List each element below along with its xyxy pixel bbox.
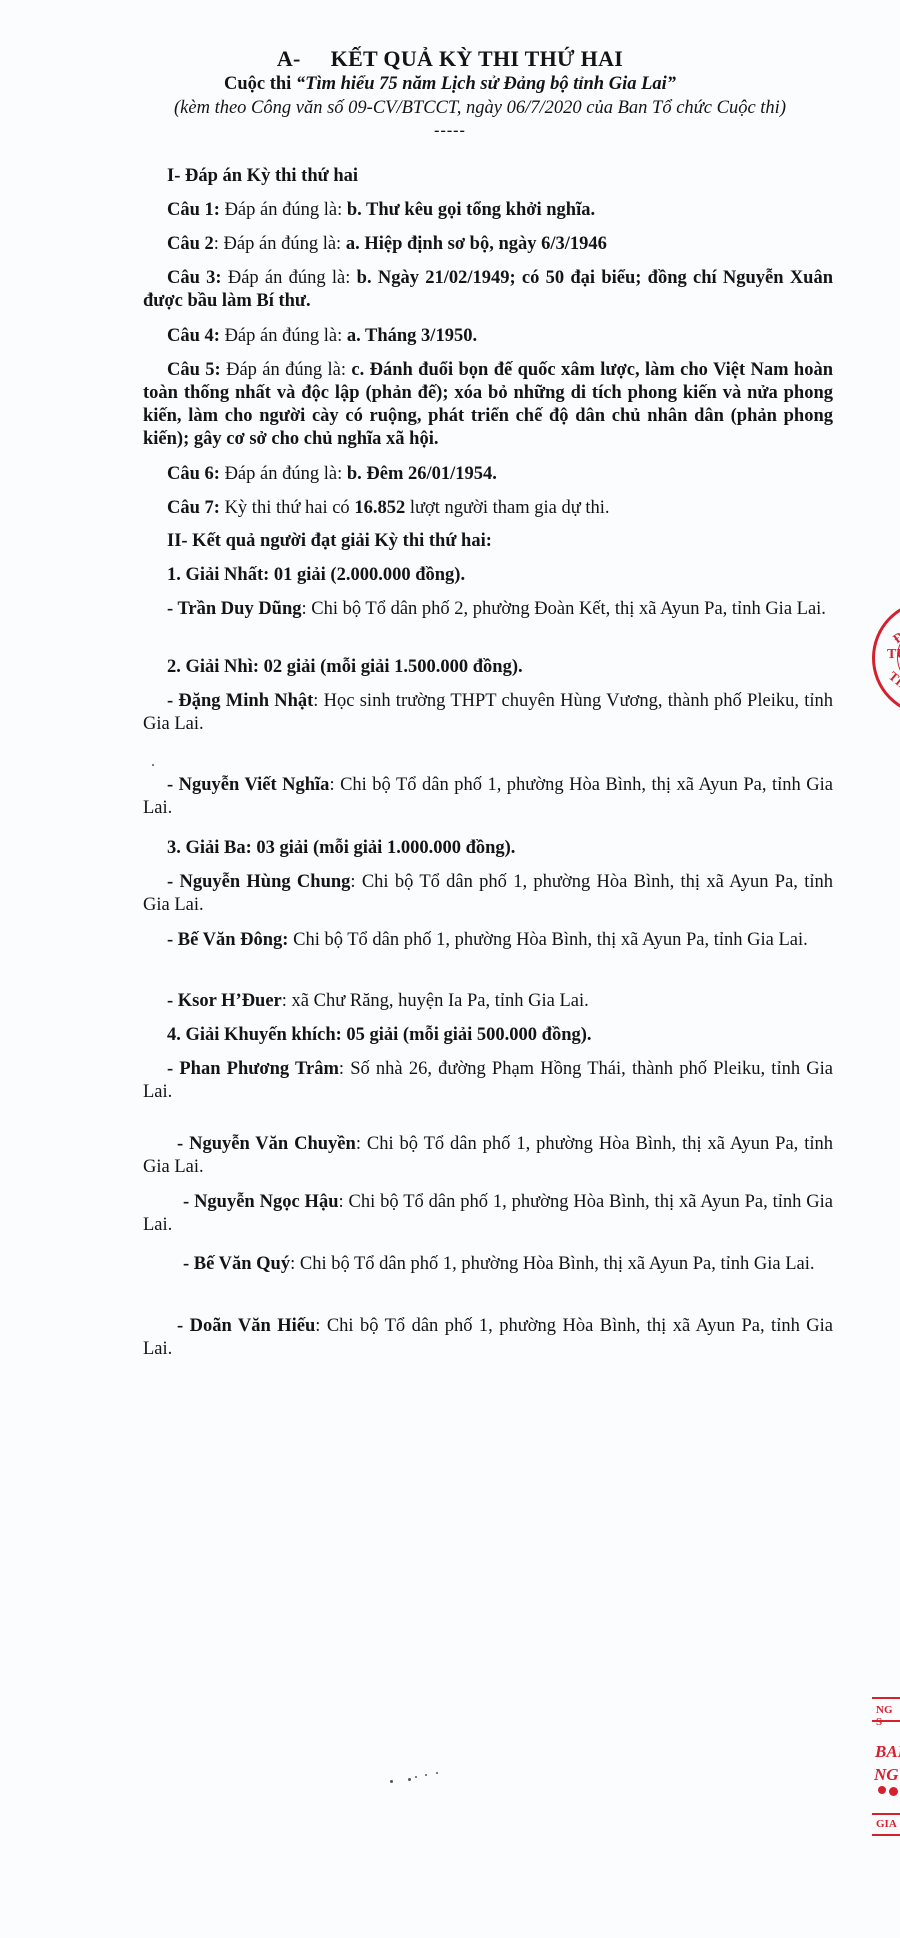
prize-first-title: 1. Giải Nhất: 01 giải (2.000.000 đồng). bbox=[143, 564, 833, 587]
winner-entry: - Đặng Minh Nhật: Học sinh trường THPT c… bbox=[143, 690, 833, 736]
prize-third-title: 3. Giải Ba: 03 giải (mỗi giải 1.000.000 … bbox=[143, 837, 833, 860]
winner-entry: - Nguyễn Hùng Chung: Chi bộ Tổ dân phố 1… bbox=[143, 871, 833, 917]
separator: ----- bbox=[0, 122, 900, 140]
question-3: Câu 3: Đáp án đúng là: b. Ngày 21/02/194… bbox=[143, 267, 833, 313]
official-seal-upper: ĐẢNG CỘ TUY TỈNH U bbox=[872, 600, 900, 716]
question-4: Câu 4: Đáp án đúng là: a. Tháng 3/1950. bbox=[143, 325, 833, 348]
winner-entry: - Phan Phương Trâm: Số nhà 26, đường Phạ… bbox=[143, 1058, 833, 1104]
reference-note: (kèm theo Công văn số 09-CV/BTCCT, ngày … bbox=[0, 98, 900, 119]
section-2-heading: II- Kết quả người đạt giải Kỳ thi thứ ha… bbox=[143, 530, 833, 553]
contest-name: “Tìm hiểu 75 năm Lịch sử Đảng bộ tỉnh Gi… bbox=[296, 74, 676, 94]
question-5: Câu 5: Đáp án đúng là: c. Đánh đuổi bọn … bbox=[143, 359, 833, 451]
prize-second-title: 2. Giải Nhì: 02 giải (mỗi giải 1.500.000… bbox=[143, 656, 833, 679]
question-1: Câu 1: Đáp án đúng là: b. Thư kêu gọi tổ… bbox=[143, 199, 833, 222]
winner-entry: - Ksor H’Đuer: xã Chư Răng, huyện Ia Pa,… bbox=[143, 990, 833, 1013]
winner-entry: - Doãn Văn Hiếu: Chi bộ Tổ dân phố 1, ph… bbox=[143, 1315, 833, 1361]
document-title: A-KẾT QUẢ KỲ THI THỨ HAI bbox=[0, 46, 900, 72]
question-6: Câu 6: Đáp án đúng là: b. Đêm 26/01/1954… bbox=[143, 463, 833, 486]
question-2: Câu 2: Đáp án đúng là: a. Hiệp định sơ b… bbox=[143, 233, 833, 256]
winner-entry: - Nguyễn Viết Nghĩa: Chi bộ Tổ dân phố 1… bbox=[143, 774, 833, 820]
winner-entry: - Trần Duy Dũng: Chi bộ Tổ dân phố 2, ph… bbox=[143, 598, 833, 621]
winner-entry: - Bế Văn Quý: Chi bộ Tổ dân phố 1, phườn… bbox=[143, 1253, 833, 1276]
winner-entry: - Bế Văn Đông: Chi bộ Tổ dân phố 1, phườ… bbox=[143, 929, 833, 952]
section-1-heading: I- Đáp án Kỳ thi thứ hai bbox=[143, 165, 833, 188]
participant-count: 16.852 bbox=[354, 498, 405, 518]
prize-encouragement-title: 4. Giải Khuyến khích: 05 giải (mỗi giải … bbox=[143, 1024, 833, 1047]
title-text: KẾT QUẢ KỲ THI THỨ HAI bbox=[331, 46, 623, 71]
question-7: Câu 7: Kỳ thi thứ hai có 16.852 lượt ngư… bbox=[143, 497, 833, 520]
contest-subtitle: Cuộc thi “Tìm hiểu 75 năm Lịch sử Đảng b… bbox=[0, 74, 900, 95]
winner-entry: - Nguyễn Ngọc Hậu: Chi bộ Tổ dân phố 1, … bbox=[143, 1191, 833, 1237]
winner-entry: - Nguyễn Văn Chuyền: Chi bộ Tổ dân phố 1… bbox=[143, 1133, 833, 1179]
document-page: A-KẾT QUẢ KỲ THI THỨ HAI Cuộc thi “Tìm h… bbox=[0, 0, 900, 1938]
title-prefix: A- bbox=[277, 46, 301, 71]
contest-label: Cuộc thi bbox=[224, 74, 296, 94]
